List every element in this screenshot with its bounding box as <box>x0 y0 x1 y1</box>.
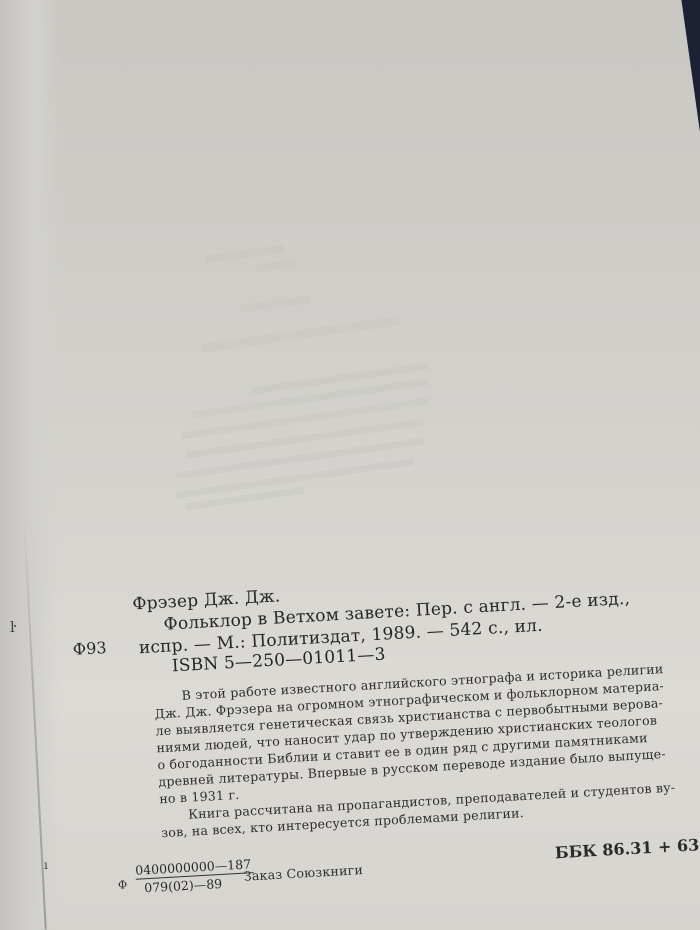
catalog-card: Фрэзер Дж. Дж. Ф93 Фольклор в Ветхом зав… <box>70 559 700 598</box>
bleed-through-text <box>200 316 399 353</box>
index-prefix: Ф <box>118 878 128 891</box>
page-gutter-shadow <box>0 0 60 930</box>
margin-mark: ı <box>44 858 48 872</box>
bleed-through-text <box>181 398 430 440</box>
bleed-through-text <box>240 295 310 313</box>
bleed-through-text <box>186 418 425 458</box>
order-note: Заказ Союзкниги <box>243 862 363 884</box>
book-page: ŀ ı Фрэзер Дж. Дж. Ф93 Фольклор в Ветхом… <box>0 0 700 930</box>
annotation-line: но в 1931 г. <box>159 787 240 806</box>
bleed-through-text <box>205 244 285 263</box>
publisher-index: 0400000000—187 079(02)—89 <box>135 856 255 896</box>
bleed-through-text <box>176 438 425 480</box>
classification-code: Ф93 <box>72 638 107 659</box>
book-cover-edge <box>680 0 700 148</box>
bbk-code: ББК 86.31 + 63.5 <box>554 834 700 862</box>
bleed-through-text <box>255 259 296 272</box>
margin-mark: ŀ <box>10 618 15 636</box>
